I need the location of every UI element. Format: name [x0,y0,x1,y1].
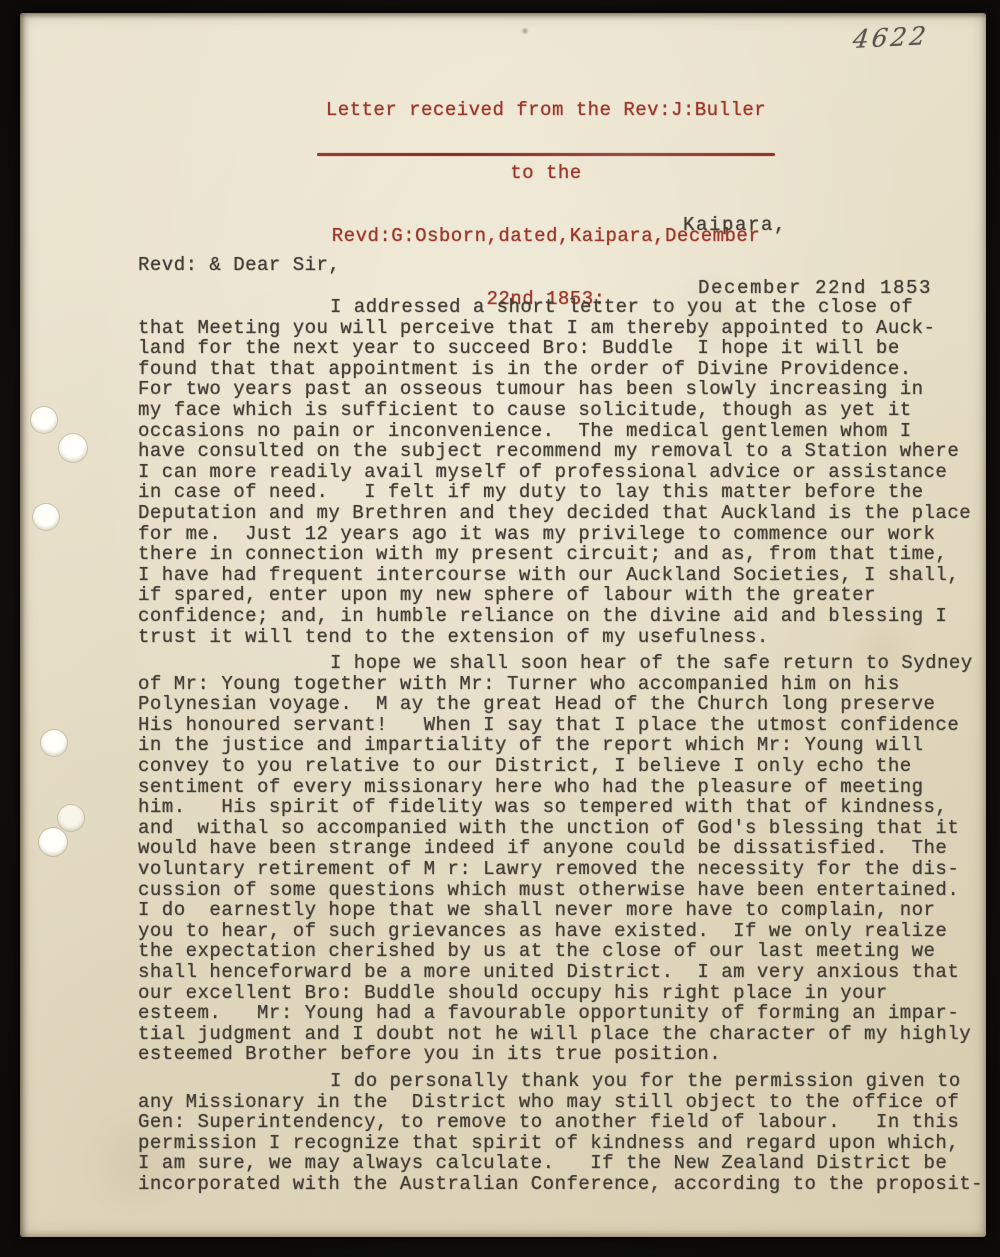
letter-line: esteemed Brother before you in its true … [138,1044,983,1065]
letter-line: would have been strange indeed if anyone… [138,838,983,859]
letter-line: cussion of some questions which must oth… [138,880,983,901]
letter-line: our excellent Bro: Buddle should occupy … [138,983,983,1004]
letter-line: permission I recognize that spirit of ki… [138,1133,983,1154]
punch-hole [58,805,84,831]
letter-line: For two years past an osseous tumour has… [138,379,983,400]
salutation: Revd: & Dear Sir, [138,254,340,276]
letter-line: there in connection with my present circ… [138,544,983,565]
letter-line: sentiment of every missionary here who h… [138,777,983,798]
letter-line: any Missionary in the District who may s… [138,1092,983,1113]
letter-line: voluntary retirement of M r: Lawry remov… [138,859,983,880]
letter-line: found that that appointment is in the or… [138,359,983,380]
punch-hole [33,504,59,530]
archive-number-handwritten: 4622 [851,21,930,54]
letter-line: His honoured servant! When I say that I … [138,715,983,736]
letter-page: 4622 Letter received from the Rev:J:Bull… [20,13,986,1237]
header-rule [317,153,775,156]
letter-paragraph: I hope we shall soon hear of the safe re… [138,653,983,1065]
letter-line: Gen: Superintendency, to remove to anoth… [138,1112,983,1133]
header-line: Letter received from the Rev:J:Buller [317,100,775,121]
dateline-place: Kaipara, [683,215,932,236]
punch-hole [59,434,87,462]
letter-line: for me. Just 12 years ago it was my priv… [138,524,983,545]
letter-line: that Meeting you will perceive that I am… [138,318,983,339]
letter-line: you to hear, of such grievances as have … [138,921,983,942]
letter-line: trust it will tend to the extension of m… [138,627,983,648]
letter-body: I addressed a short letter to you at the… [138,297,983,1201]
letter-paragraph: I addressed a short letter to you at the… [138,297,983,647]
letter-line: my face which is sufficient to cause sol… [138,400,983,421]
letter-line: and withal so accompanied with the uncti… [138,818,983,839]
letter-line: of Mr: Young together with Mr: Turner wh… [138,674,983,695]
letter-line: I addressed a short letter to you at the… [138,297,983,318]
letter-line: tial judgment and I doubt not he will pl… [138,1024,983,1045]
letter-line: I have had frequent intercourse with our… [138,565,983,586]
letter-line: have consulted on the subject recommend … [138,441,983,462]
letter-line: occasions no pain or inconvenience. The … [138,421,983,442]
letter-line: Deputation and my Brethren and they deci… [138,503,983,524]
letter-line: I do personally thank you for the permis… [138,1071,983,1092]
letter-line: I do earnestly hope that we shall never … [138,900,983,921]
letter-line: in the justice and impartiality of the r… [138,735,983,756]
letter-line: incorporated with the Australian Confere… [138,1174,983,1195]
punch-hole [31,407,57,433]
punch-hole [39,828,67,856]
letter-line: if spared, enter upon my new sphere of l… [138,585,983,606]
letter-paragraph: I do personally thank you for the permis… [138,1071,983,1195]
punch-hole [41,730,67,756]
letter-line: I am sure, we may always calculate. If t… [138,1153,983,1174]
letter-line: land for the next year to succeed Bro: B… [138,338,983,359]
letter-line: esteem. Mr: Young had a favourable oppor… [138,1003,983,1024]
letter-line: I hope we shall soon hear of the safe re… [138,653,983,674]
letter-line: in case of need. I felt if my duty to la… [138,482,983,503]
letter-line: him. His spirit of fidelity was so tempe… [138,797,983,818]
letter-line: the expectation cherished by us at the c… [138,941,983,962]
letter-line: Polynesian voyage. M ay the great Head o… [138,694,983,715]
letter-line: shall henceforward be a more united Dist… [138,962,983,983]
letter-line: confidence; and, in humble reliance on t… [138,606,983,627]
letter-line: I can more readily avail myself of profe… [138,462,983,483]
letter-line: convey to you relative to our District, … [138,756,983,777]
